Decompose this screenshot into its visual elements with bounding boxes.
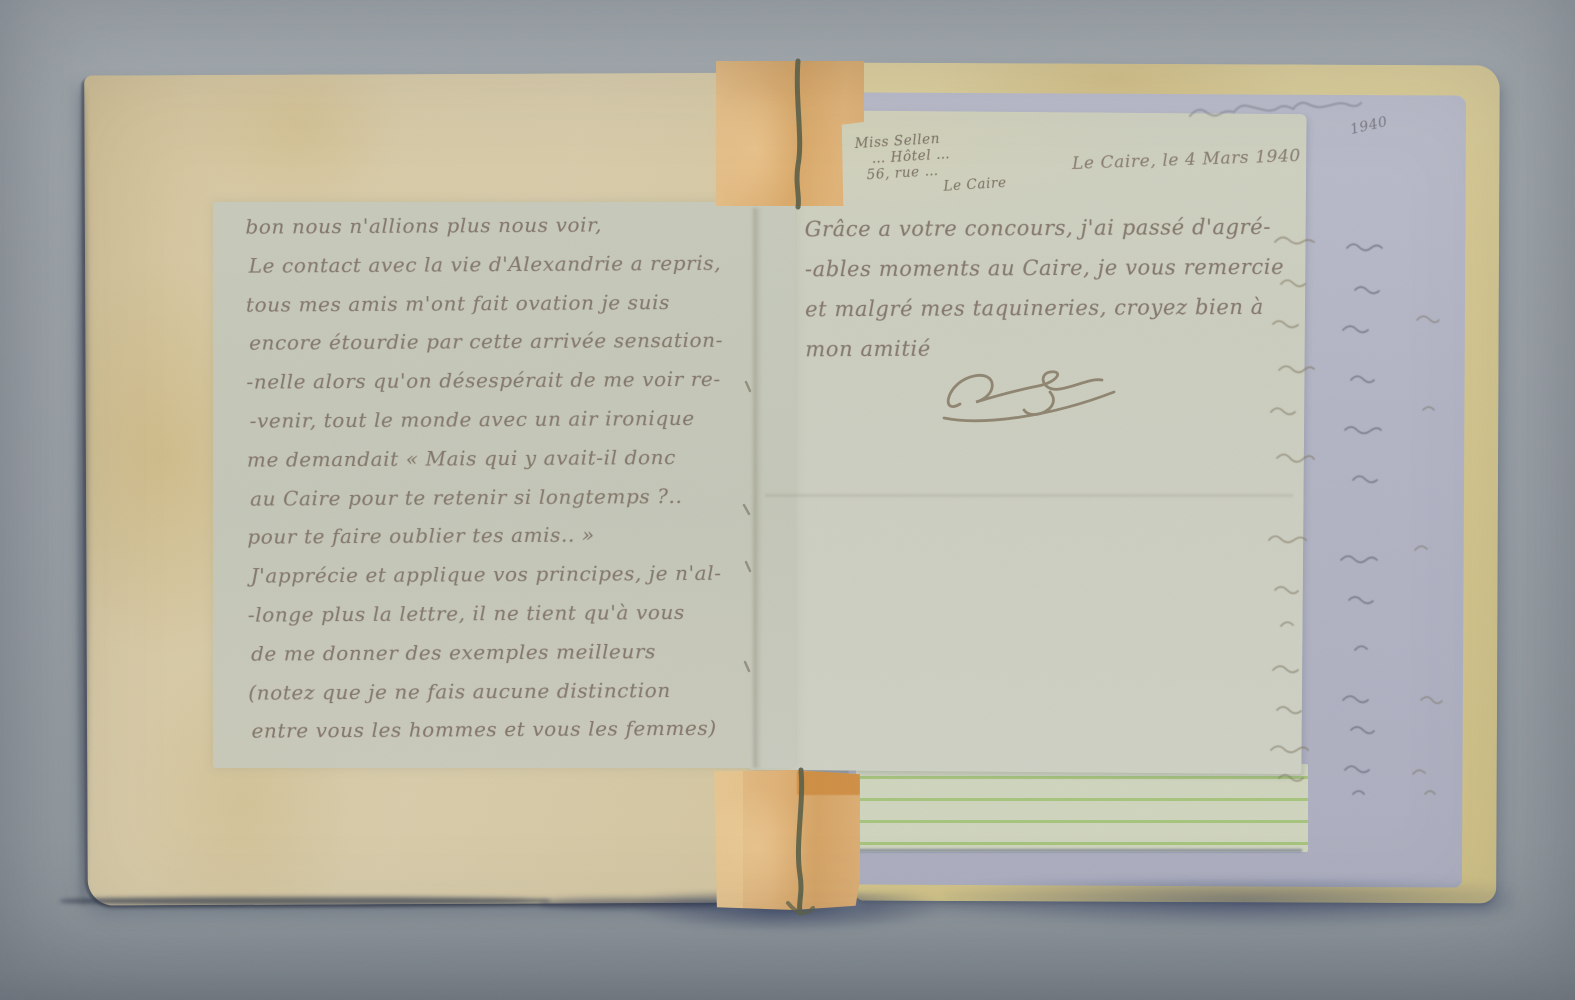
letter-line: de me donner des exemples meilleurs (251, 631, 778, 673)
tape-highlight (714, 770, 743, 910)
letter-line: -nelle alors qu'on désespérait de me voi… (246, 360, 776, 402)
letter-line: J'apprécie et applique vos principes, je… (250, 554, 777, 596)
pencil-inscription-scribble (1185, 90, 1400, 130)
paper-edge-shadow (78, 86, 88, 906)
letter-line: entre vous les hommes et vous les femmes… (251, 709, 778, 751)
horizontal-crease (765, 494, 1293, 497)
letter-line: au Caire pour te retenir si longtemps ?.… (250, 476, 777, 518)
binding-string (770, 55, 840, 935)
letter-line: tous mes amis m'ont fait ovation je suis (246, 282, 776, 324)
letter-line: -ables moments au Caire, je vous remerci… (805, 247, 1305, 290)
letter-line: Le contact avec la vie d'Alexandrie a re… (249, 243, 776, 285)
blue-rule-line (856, 849, 1302, 852)
marginalia-fragments (1265, 228, 1465, 803)
letter-line: bon nous n'allions plus nous voir, (245, 204, 775, 246)
right-letter-text: Grâce a votre concours, j'ai passé d'agr… (805, 207, 1306, 370)
letter-line: (notez que je ne fais aucune distinction (248, 670, 778, 712)
left-letter-text: bon nous n'allions plus nous voir, Le co… (245, 204, 778, 750)
bottom-shadow-right (945, 880, 1515, 940)
letter-line: me demandait « Mais qui y avait-il donc (247, 437, 777, 479)
letter-line: -longe plus la lettre, il ne tient qu'à … (248, 592, 778, 634)
signature-flourish (932, 352, 1132, 430)
painting-of-handwritten-letters: bon nous n'allions plus nous voir, Le co… (0, 0, 1575, 1000)
letter-line: encore étourdie par cette arrivée sensat… (249, 321, 776, 363)
letter-line: pour te faire oublier tes amis.. » (247, 515, 777, 557)
letter-line: et malgré mes taquineries, croyez bien à (805, 287, 1305, 330)
green-ruled-paper-edge (856, 764, 1308, 852)
letter-line: -venir, tout le monde avec un air ironiq… (250, 398, 777, 440)
letter-line: Grâce a votre concours, j'ai passé d'agr… (805, 207, 1305, 250)
bottom-shadow-line (60, 897, 550, 905)
